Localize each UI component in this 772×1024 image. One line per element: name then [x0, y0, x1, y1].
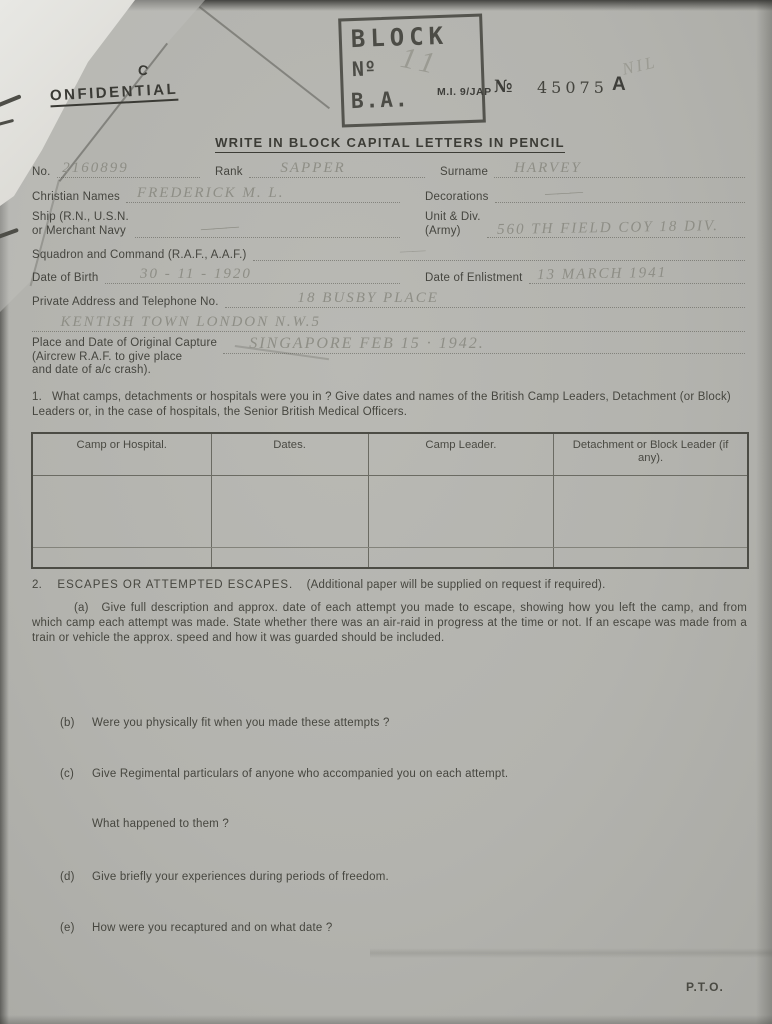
col-detachment-leader: Detachment or Block Leader (if any).	[554, 434, 747, 475]
unit-field: 560 TH FIELD COY 18 DIV.	[487, 220, 745, 238]
registration-number: 45075	[537, 78, 608, 97]
question-1-number: 1.	[32, 391, 42, 403]
question-1: 1.What camps, detachments or hospitals w…	[32, 390, 745, 420]
capture-label-2: (Aircrew R.A.F. to give place	[32, 351, 217, 365]
question-2e-letter: (e)	[60, 921, 92, 936]
address-field-line2: KENTISH TOWN LONDON N.W.5	[32, 314, 745, 332]
question-2b-letter: (b)	[60, 716, 92, 731]
pto-mark: P.T.O.	[686, 980, 724, 994]
stamp-handwritten-number: 11	[398, 41, 444, 83]
question-2d: (d)Give briefly your experiences during …	[60, 870, 389, 885]
date-of-enlistment-value: 13 MARCH 1941	[537, 265, 667, 284]
question-2e: (e)How were you recaptured and on what d…	[60, 921, 332, 936]
question-2a: (a) Give full description and approx. da…	[32, 601, 747, 646]
address-field-line1: 18 BUSBY PLACE	[225, 290, 745, 308]
camps-table-header: Camp or Hospital. Dates. Camp Leader. De…	[33, 434, 747, 476]
date-of-enlistment-label: Date of Enlistment	[425, 272, 523, 284]
confidential-marking-c: C	[137, 61, 149, 78]
unit-label-2: (Army)	[425, 225, 481, 239]
row-address: Private Address and Telephone No. 18 BUS…	[32, 290, 745, 308]
scan-edge-bottom	[0, 1015, 772, 1024]
camps-table: Camp or Hospital. Dates. Camp Leader. De…	[31, 432, 749, 569]
ship-field: ———	[135, 220, 400, 238]
question-2d-text: Give briefly your experiences during per…	[92, 871, 389, 883]
date-of-birth-field: 30 - 11 - 1920	[105, 266, 400, 284]
col-camp-leader: Camp Leader.	[369, 434, 555, 475]
capture-value: SINGAPORE FEB 15 · 1942.	[249, 335, 485, 353]
capture-label-1: Place and Date of Original Capture	[32, 337, 217, 351]
rank-field: SAPPER	[249, 160, 425, 178]
question-1-text: What camps, detachments or hospitals wer…	[32, 391, 731, 418]
question-2-title-row: 2. ESCAPES OR ATTEMPTED ESCAPES. (Additi…	[32, 578, 745, 593]
numero-sign: №	[494, 77, 512, 97]
form-heading: WRITE IN BLOCK CAPITAL LETTERS IN PENCIL	[180, 134, 600, 152]
surname-field: HARVEY	[494, 160, 745, 178]
question-2c-followup-text: What happened to them ?	[92, 818, 229, 830]
question-2a-letter: (a)	[74, 602, 89, 614]
christian-names-label: Christian Names	[32, 191, 120, 203]
surname-label: Surname	[440, 166, 488, 178]
row-number-rank-surname: No. 2160899 Rank SAPPER Surname HARVEY	[32, 160, 745, 178]
service-no-field: 2160899	[57, 160, 201, 178]
question-2c-text: Give Regimental particulars of anyone wh…	[92, 768, 508, 780]
rank-value: SAPPER	[280, 160, 345, 177]
question-2a-text: Give full description and approx. date o…	[32, 602, 747, 644]
question-2c-followup: What happened to them ?	[92, 817, 229, 832]
ship-label-2: or Merchant Navy	[32, 225, 129, 239]
question-2-note: (Additional paper will be supplied on re…	[307, 579, 606, 591]
camps-table-row-empty	[33, 476, 747, 548]
decorations-label: Decorations	[425, 191, 489, 203]
block-number-stamp: BLOCK Nº 11 B.A.	[338, 14, 486, 128]
christian-names-field: FREDERICK M. L.	[126, 185, 400, 203]
handwritten-nil-note: NIL	[620, 52, 659, 79]
decorations-field: ———	[495, 185, 745, 203]
pow-questionnaire-scan: C ONFIDENTIAL BLOCK Nº 11 B.A. M.I. 9/JA…	[0, 0, 772, 1024]
question-2c-letter: (c)	[60, 767, 92, 782]
crease-line	[199, 6, 330, 109]
row-squadron: Squadron and Command (R.A.F., A.A.F.) ——	[32, 243, 745, 261]
scan-artifact-band	[370, 948, 772, 958]
address-value-line2: KENTISH TOWN LONDON N.W.5	[61, 314, 321, 331]
ship-label-1: Ship (R.N., U.S.N.	[32, 211, 129, 225]
address-label: Private Address and Telephone No.	[32, 296, 219, 308]
date-of-enlistment-field: 13 MARCH 1941	[529, 266, 745, 284]
row-dob-enlistment: Date of Birth 30 - 11 - 1920 Date of Enl…	[32, 266, 745, 284]
row-names-decorations: Christian Names FREDERICK M. L. Decorati…	[32, 185, 745, 203]
camps-table-row-empty-2	[33, 548, 747, 567]
squadron-field: ——	[253, 243, 746, 261]
service-no-label: No.	[32, 166, 51, 178]
stamp-no-word: Nº	[351, 56, 376, 81]
col-camp-or-hospital: Camp or Hospital.	[33, 434, 212, 475]
capture-label-3: and date of a/c crash).	[32, 364, 217, 378]
form-reference: M.I. 9/JAP	[437, 86, 492, 98]
unit-label-1: Unit & Div.	[425, 211, 481, 225]
christian-names-value: FREDERICK M. L.	[137, 185, 285, 202]
question-2d-letter: (d)	[60, 870, 92, 885]
unit-value: 560 TH FIELD COY 18 DIV.	[497, 218, 719, 239]
service-no-value: 2160899	[62, 160, 129, 177]
row-capture: Place and Date of Original Capture (Airc…	[32, 337, 745, 378]
question-2b: (b)Were you physically fit when you made…	[60, 716, 390, 731]
rank-label: Rank	[215, 166, 243, 178]
row-address-2: KENTISH TOWN LONDON N.W.5	[32, 314, 745, 332]
question-2c: (c)Give Regimental particulars of anyone…	[60, 767, 508, 782]
squadron-value: ——	[400, 242, 426, 260]
squadron-label: Squadron and Command (R.A.F., A.A.F.)	[32, 249, 247, 261]
scan-edge-right	[756, 0, 772, 1024]
question-2e-text: How were you recaptured and on what date…	[92, 922, 332, 934]
stamp-ba-word: B.A.	[351, 87, 410, 113]
col-dates: Dates.	[212, 434, 369, 475]
question-2-title: ESCAPES OR ATTEMPTED ESCAPES.	[57, 579, 293, 591]
date-of-birth-label: Date of Birth	[32, 272, 99, 284]
row-ship-unit: Ship (R.N., U.S.N. or Merchant Navy ——— …	[32, 211, 745, 238]
address-value-line1: 18 BUSBY PLACE	[298, 290, 439, 307]
ship-value: ———	[201, 219, 239, 239]
question-2b-text: Were you physically fit when you made th…	[92, 717, 390, 729]
date-of-birth-value: 30 - 11 - 1920	[140, 266, 252, 283]
decorations-value: ———	[544, 184, 582, 203]
surname-value: HARVEY	[514, 160, 582, 177]
question-2-number: 2.	[32, 579, 42, 591]
capture-field: SINGAPORE FEB 15 · 1942.	[223, 337, 745, 354]
